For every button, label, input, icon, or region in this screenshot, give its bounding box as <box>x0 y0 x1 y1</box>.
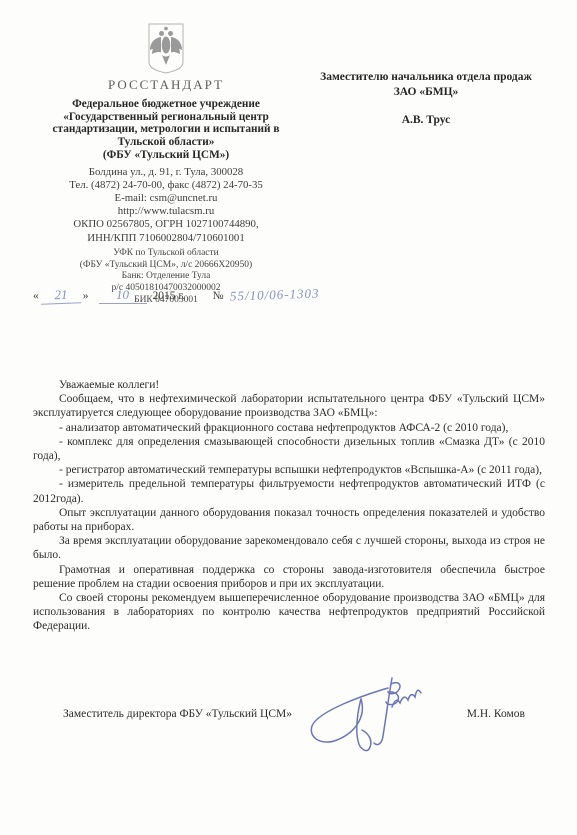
salutation: Уважаемые коллеги! <box>33 378 545 392</box>
scanned-letter-page: РОССТАНДАРТ Федеральное бюджетное учрежд… <box>0 0 577 835</box>
body-paragraph: Со своей стороны рекомендуем вышеперечис… <box>33 591 545 634</box>
recipient-org-line: ЗАО «БМЦ» <box>295 85 557 100</box>
recipient-name: А.В. Трус <box>295 113 557 128</box>
bank-line: (ФБУ «Тульский ЦСМ», л/с 20666Х20950) <box>40 260 292 272</box>
org-name-line: Тульской области» <box>40 136 292 149</box>
body-paragraph: Сообщаем, что в нефтехимической лаборато… <box>33 392 545 420</box>
recipient-block: Заместителю начальника отдела продаж ЗАО… <box>295 70 557 128</box>
contact-block: Болдина ул., д. 91, г. Тула, 300028 Тел.… <box>40 166 292 245</box>
address-line: Болдина ул., д. 91, г. Тула, 300028 <box>40 166 292 179</box>
signer-name: М.Н. Комов <box>467 708 535 720</box>
number-sign: № <box>213 290 224 302</box>
signer-position: Заместитель директора ФБУ «Тульский ЦСМ» <box>33 708 292 720</box>
coat-of-arms-icon <box>146 22 186 74</box>
body-paragraph: Опыт эксплуатации данного оборудования п… <box>33 506 545 534</box>
org-name-line: стандартизации, метрологии и испытаний в <box>40 123 292 136</box>
website-line: http://www.tulacsm.ru <box>40 205 292 218</box>
org-name-line: «Государственный региональный центр <box>40 111 292 124</box>
date-line: « 21 » 10 2015 г. № 55/10/06-1303 <box>33 287 544 304</box>
signature-row: Заместитель директора ФБУ «Тульский ЦСМ»… <box>33 708 535 720</box>
email-line: E-mail: csm@uncnet.ru <box>40 192 292 205</box>
okpo-ogrn-line: ОКПО 02567805, ОГРН 1027100744890, <box>40 218 292 231</box>
handwritten-number: 55/10/06-1303 <box>229 285 319 304</box>
handwritten-day: 21 <box>54 287 68 302</box>
ink-signature-icon <box>302 670 424 758</box>
handwritten-month: 10 <box>116 287 129 302</box>
org-name-line: (ФБУ «Тульский ЦСМ») <box>40 149 292 162</box>
body-paragraph: - комплекс для определения смазывающей с… <box>33 435 545 463</box>
open-quote: « <box>33 290 39 302</box>
org-name-line: Федеральное бюджетное учреждение <box>40 98 292 111</box>
bank-line: УФК по Тульской области <box>40 248 292 260</box>
inn-kpp-line: ИНН/КПП 7106002804/710601001 <box>40 232 292 245</box>
letter-body: Уважаемые коллеги! Сообщаем, что в нефте… <box>33 378 545 634</box>
year-label: 2015 г. <box>153 290 185 302</box>
body-paragraph: Грамотная и оперативная поддержка со сто… <box>33 563 545 591</box>
phone-line: Тел. (4872) 24-70-00, факс (4872) 24-70-… <box>40 179 292 192</box>
org-name: Федеральное бюджетное учреждение «Госуда… <box>40 98 292 162</box>
close-quote: » <box>83 290 89 302</box>
bank-line: Банк: Отделение Тула <box>40 271 292 283</box>
body-paragraph: - измеритель предельной температуры филь… <box>33 477 545 505</box>
body-paragraph: За время эксплуатации оборудование зарек… <box>33 534 545 562</box>
letterhead: РОССТАНДАРТ Федеральное бюджетное учрежд… <box>40 22 292 307</box>
body-paragraph: - регистратор автоматический температуры… <box>33 463 545 477</box>
agency-name: РОССТАНДАРТ <box>40 77 292 93</box>
body-paragraph: - анализатор автоматический фракционного… <box>33 421 545 435</box>
recipient-title-line: Заместителю начальника отдела продаж <box>295 70 557 85</box>
